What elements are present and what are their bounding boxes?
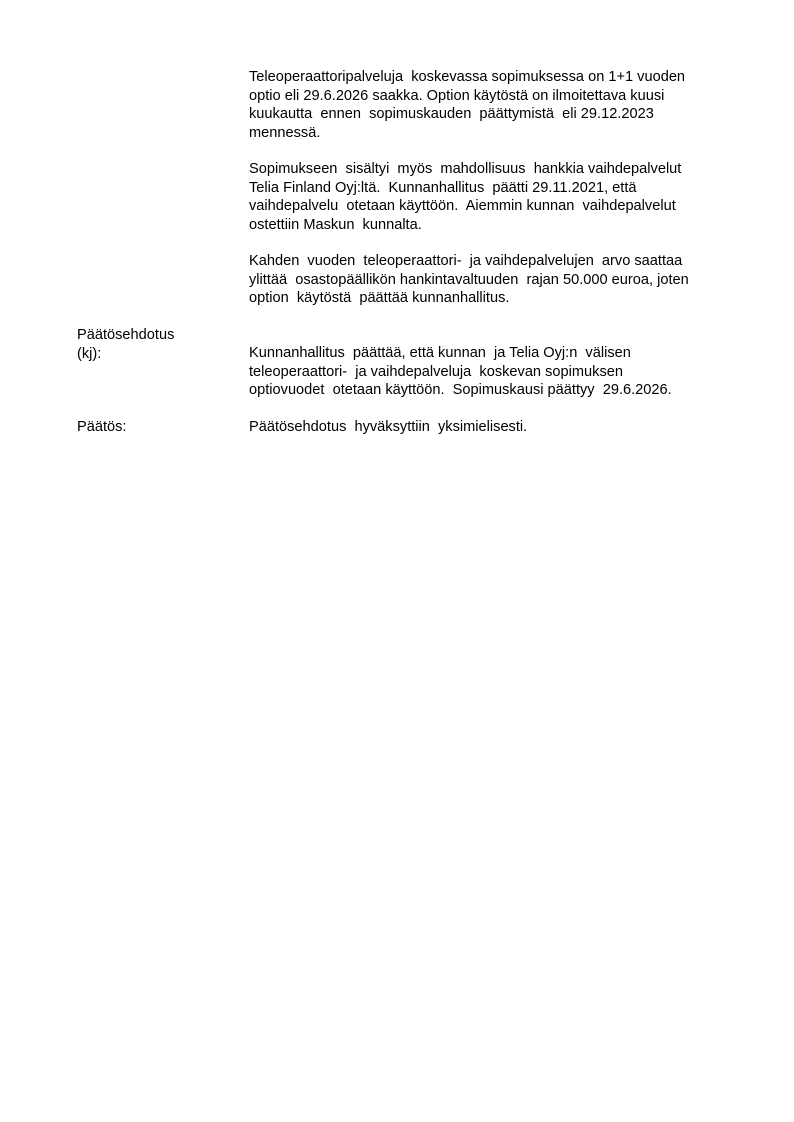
text-line: Sopimukseen sisältyi myös mahdollisuus h… bbox=[249, 160, 729, 179]
proposal-text: Kunnanhallitus päättää, että kunnan ja T… bbox=[249, 344, 729, 400]
text-line: optiovuodet otetaan käyttöön. Sopimuskau… bbox=[249, 381, 729, 400]
text-line: Kunnanhallitus päättää, että kunnan ja T… bbox=[249, 344, 729, 363]
text-line: Teleoperaattoripalveluja koskevassa sopi… bbox=[249, 68, 729, 87]
text-line: ostettiin Maskun kunnalta. bbox=[249, 216, 729, 235]
decision-text: Päätösehdotus hyväksyttiin yksimielisest… bbox=[249, 418, 729, 437]
text-line: optio eli 29.6.2026 saakka. Option käytö… bbox=[249, 87, 729, 106]
text-line: Kahden vuoden teleoperaattori- ja vaihde… bbox=[249, 252, 729, 271]
proposal-label: Päätösehdotus (kj): bbox=[77, 326, 174, 363]
label-line: (kj): bbox=[77, 345, 174, 364]
text-line: teleoperaattori- ja vaihdepalveluja kosk… bbox=[249, 363, 729, 382]
decision-label: Päätös: bbox=[77, 418, 127, 437]
text-line: Telia Finland Oyj:ltä. Kunnanhallitus pä… bbox=[249, 179, 729, 198]
text-line: Päätösehdotus hyväksyttiin yksimielisest… bbox=[249, 418, 729, 437]
text-line: mennessä. bbox=[249, 124, 729, 143]
label-line: Päätösehdotus bbox=[77, 326, 174, 345]
text-line: ylittää osastopäällikön hankintavaltuude… bbox=[249, 271, 729, 290]
text-line: option käytöstä päättää kunnanhallitus. bbox=[249, 289, 729, 308]
label-line: Päätös: bbox=[77, 418, 127, 437]
text-line: kuukautta ennen sopimuskauden päättymist… bbox=[249, 105, 729, 124]
paragraph-option-terms: Teleoperaattoripalveluja koskevassa sopi… bbox=[249, 68, 729, 142]
text-line: vaihdepalvelu otetaan käyttöön. Aiemmin … bbox=[249, 197, 729, 216]
paragraph-value-estimate: Kahden vuoden teleoperaattori- ja vaihde… bbox=[249, 252, 729, 308]
paragraph-switchboard-services: Sopimukseen sisältyi myös mahdollisuus h… bbox=[249, 160, 729, 234]
